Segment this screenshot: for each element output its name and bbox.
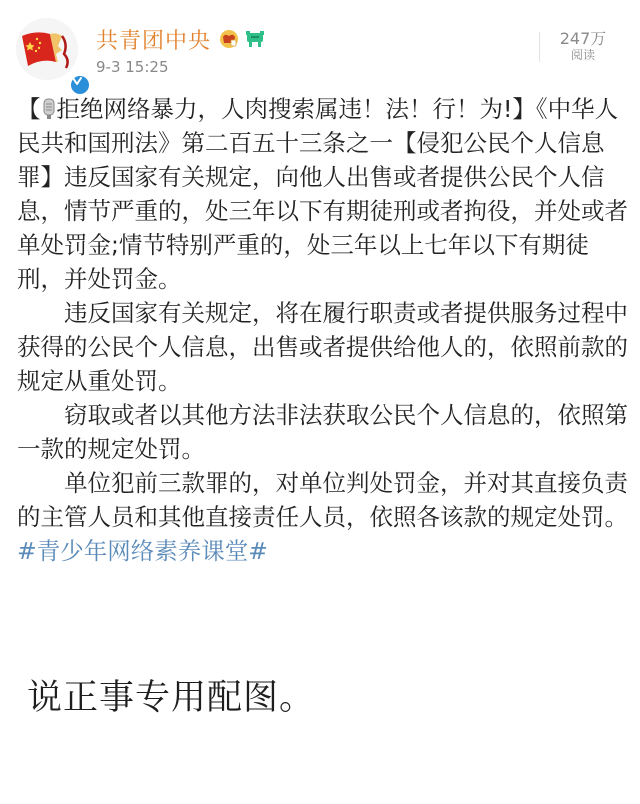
post-paragraph-2: 违反国家有关规定，将在履行职责或者提供服务过程中获得的公民个人信息，出售或者提供… [17,296,629,398]
post-body: 【拒绝网络暴力，人肉搜索属违！法！行！为!】《中华人民共和国刑法》第二百五十三条… [17,92,629,568]
post-timestamp: 9-3 15:25 [96,58,169,76]
header-divider [539,32,540,62]
open-bracket: 【 [17,95,41,123]
username[interactable]: 共青团中央 [96,24,211,55]
post-title-text: 拒绝网络暴力，人肉搜索属违！法！行！为!】《中华人民共和国刑法》第二百五十三条之… [17,95,628,293]
post-header: 共青团中央 9-3 15:25 247万 阅读 [0,0,640,90]
post-paragraph-3: 窃取或者以其他方法非法获取公民个人信息的，依照第一款的规定处罚。 [17,398,629,466]
image-caption: 说正事专用配图。 [27,676,315,720]
read-count-label: 阅读 [548,48,618,63]
read-count-value: 247万 [548,30,618,48]
hashtag-link[interactable]: #青少年网络素养课堂# [17,537,268,565]
post-paragraph-4-text: 单位犯前三款罪的，对单位判处罚金，并对其直接负责的主管人员和其他直接责任人员，依… [17,469,628,531]
crown-member-badge-icon[interactable] [219,29,239,49]
post-paragraph-4: 单位犯前三款罪的，对单位判处罚金，并对其直接负责的主管人员和其他直接责任人员，依… [17,466,629,568]
name-row: 共青团中央 [96,24,265,54]
read-count: 247万 阅读 [548,30,618,63]
post-paragraph-1: 【拒绝网络暴力，人肉搜索属违！法！行！为!】《中华人民共和国刑法》第二百五十三条… [17,92,629,296]
bronze-vessel-badge-icon[interactable] [245,30,265,48]
youth-league-logo-icon [16,18,78,80]
avatar[interactable] [16,18,78,80]
microphone-icon [43,98,55,120]
